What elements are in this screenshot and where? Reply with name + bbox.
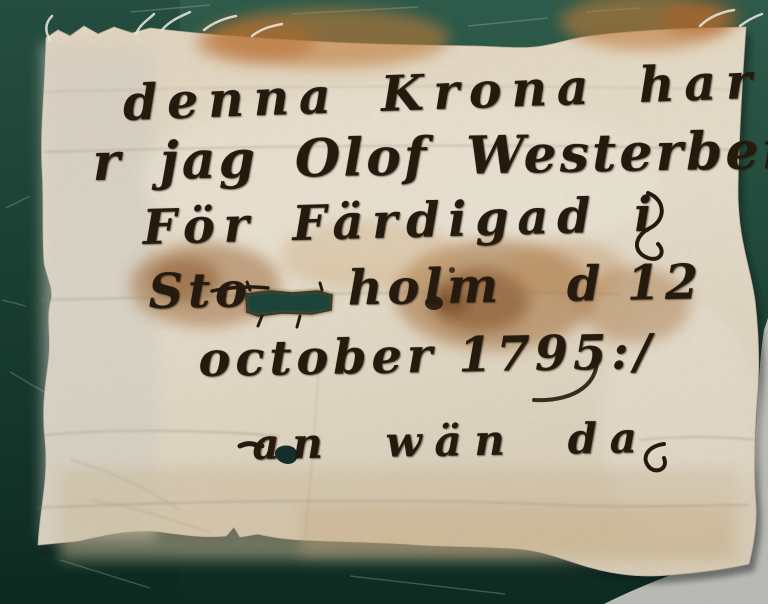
handwriting-line-6: an wän da: [252, 413, 650, 469]
photo-scene: denna Krona har r jag Olof Westerberg Fö…: [0, 0, 768, 604]
handwriting-line-4: Sto holm d 12: [148, 254, 704, 320]
handwriting-line-5: october 1795:/: [198, 324, 656, 388]
handwriting-line-6-text: an wän da: [252, 413, 650, 469]
handwriting-line-3: För Färdigad i: [142, 186, 662, 256]
handwriting-line-4-after-hole: holm: [347, 258, 503, 317]
handwriting-line-2: r jag Olof Westerberg: [92, 119, 768, 193]
handwriting-line-1: denna Krona har: [122, 52, 762, 132]
handwriting-line-4-before-hole: Sto: [148, 262, 252, 320]
handwriting-layer: denna Krona har r jag Olof Westerberg Fö…: [0, 0, 768, 604]
hole-gap: [251, 261, 347, 263]
handwriting-line-4-date: d 12: [566, 254, 703, 312]
handwriting-line-5-text: october 1795:/: [198, 324, 656, 388]
handwriting-line-2-text: r jag Olof Westerberg: [92, 119, 768, 193]
word-gap: [502, 257, 566, 258]
handwriting-line-3-text: För Färdigad i: [142, 186, 662, 256]
handwriting-line-1-text: denna Krona har: [122, 52, 762, 132]
